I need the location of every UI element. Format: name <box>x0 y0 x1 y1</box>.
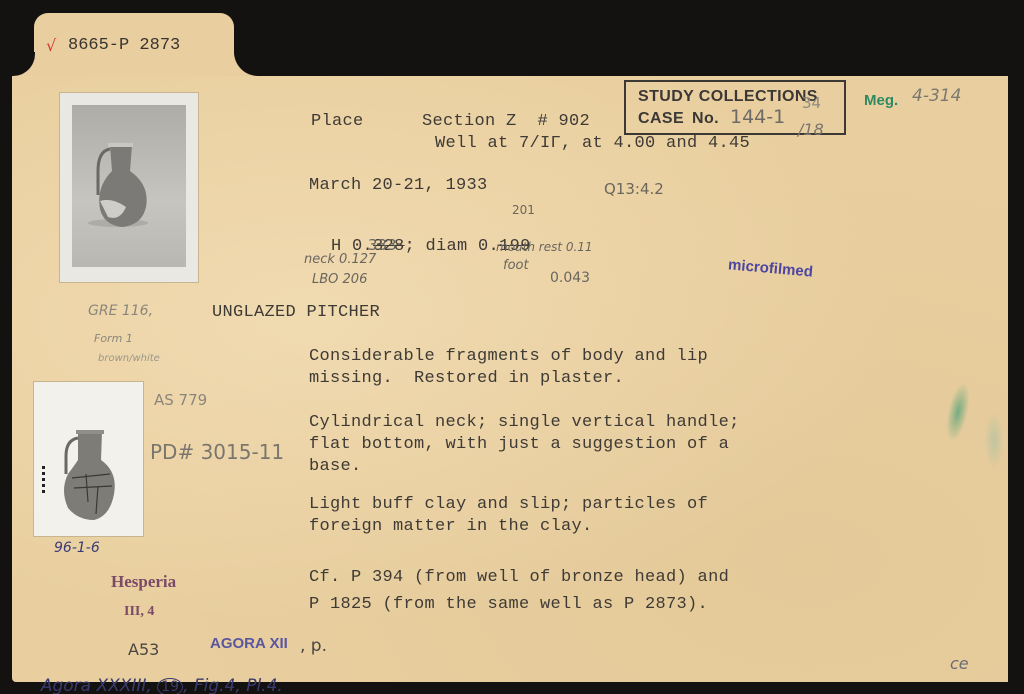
description-paragraph: Light buff clay and slip; particles of f… <box>309 494 708 538</box>
stamp-title: STUDY COLLECTIONS <box>638 88 818 106</box>
gre-note: GRE 116, <box>88 303 153 319</box>
stamp-no-label: No. <box>692 110 719 128</box>
grid-note: Q13:4.2 <box>604 180 664 198</box>
mouth-measure: mouth rest 0.11 <box>496 240 593 254</box>
color-note: brown/white <box>98 353 160 364</box>
agora-xxxiii-number: 19 <box>157 678 183 694</box>
hesperia-stamp: Hesperia <box>111 572 176 592</box>
agora-xii-stamp: AGORA XII <box>210 635 288 652</box>
catalog-number: 8665-P 2873 <box>68 36 180 55</box>
pd-note: PD# 3015-11 <box>150 440 284 464</box>
study-collections-stamp: STUDY COLLECTIONS CASE No. 144-1 /18 34 <box>624 80 846 135</box>
dimensions-sep: ; diam 0. <box>405 237 500 256</box>
as-note: AS 779 <box>154 391 207 409</box>
foot-label: foot <box>503 258 529 273</box>
case-overwrite-2: 34 <box>802 94 821 112</box>
corner-initials: ce <box>950 654 969 673</box>
form-note: Form 1 <box>94 332 133 345</box>
diam-corrected: 201 <box>512 203 535 217</box>
pitcher-image-icon <box>34 382 143 536</box>
agora-xxxiii-suffix: , Fig.4, Pl.4. <box>183 676 283 694</box>
description-paragraph: Considerable fragments of body and lip m… <box>309 346 708 390</box>
green-mark-faint <box>984 410 1004 470</box>
description-paragraph: Cylindrical neck; single vertical handle… <box>309 412 740 478</box>
place-section: Section Z # 902 <box>422 112 590 131</box>
neck-measure: neck 0.127 <box>304 252 376 267</box>
pitcher-image-icon <box>72 105 186 267</box>
meg-value: 4-314 <box>912 86 961 106</box>
meg-stamp: Meg. <box>864 92 898 109</box>
pitcher-photo-2 <box>34 382 143 536</box>
stamp-case-label: CASE <box>638 110 684 128</box>
case-number: 144-1 <box>730 106 785 128</box>
check-mark: √ <box>46 36 56 55</box>
date: March 20-21, 1933 <box>309 176 488 195</box>
pitcher-photo-1 <box>60 93 198 282</box>
place-label: Place <box>311 112 364 131</box>
foot-value: 0.043 <box>550 270 590 286</box>
lbo-measure: LBO 206 <box>312 272 367 287</box>
photo-number: 96-1-6 <box>54 540 100 556</box>
object-title: UNGLAZED PITCHER <box>212 303 380 322</box>
case-overwrite: /18 <box>798 120 824 139</box>
description-paragraph: Cf. P 394 (from well of bronze head) and… <box>309 564 729 618</box>
place-location: Well at 7/IΓ, at 4.00 and 4.45 <box>435 134 750 153</box>
agora-xxxiii-reference: Agora XXXIII, 19, Fig.4, Pl.4. <box>30 656 283 694</box>
agora-xii-page: , p. <box>300 636 327 656</box>
hesperia-volume: III, 4 <box>124 604 154 620</box>
agora-xxxiii-prefix: Agora XXXIII, <box>41 676 157 694</box>
